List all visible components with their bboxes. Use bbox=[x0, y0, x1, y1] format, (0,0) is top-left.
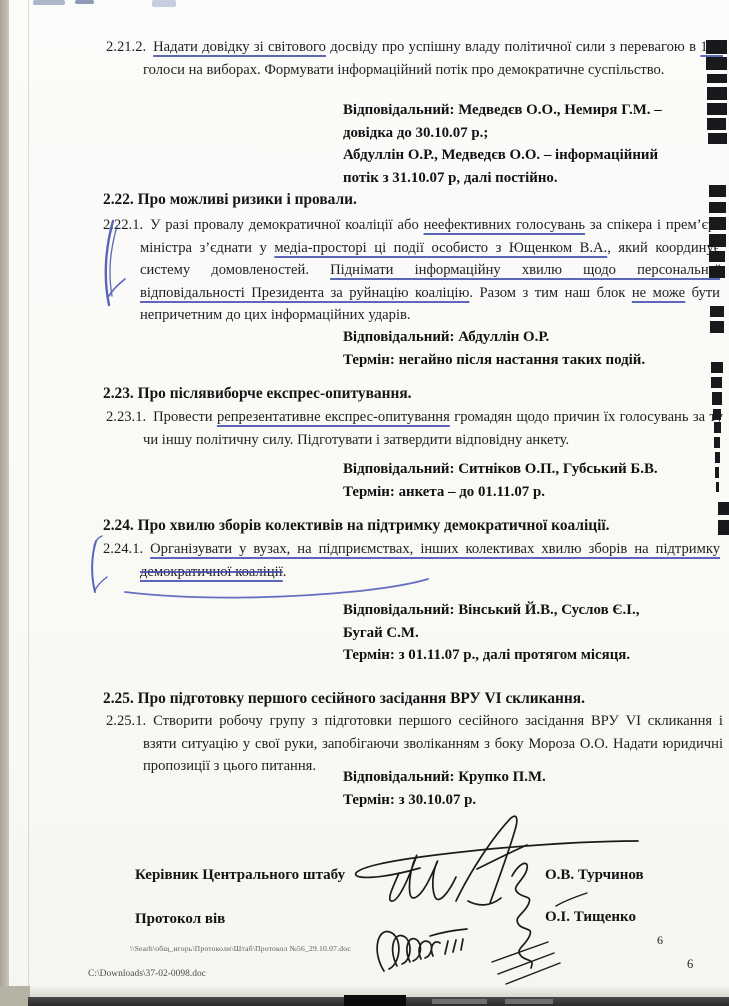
responsible-line: Бугай С.М. bbox=[343, 622, 688, 645]
scan-left-edge bbox=[0, 0, 9, 1006]
section-heading-2-23: 2.23. Про післявиборче експрес-опитуванн… bbox=[103, 384, 703, 404]
item-number: 2.22.1. bbox=[103, 217, 143, 233]
responsible-block-2-23-1: Відповідальний: Ситніков О.П., Губський … bbox=[343, 458, 688, 503]
responsible-block-2-25-1: Відповідальний: Крупко П.М. Термін: з 30… bbox=[343, 766, 688, 811]
bottom-scan-mark bbox=[432, 999, 487, 1004]
paragraph-text: медіа-просторі ці події особисто з Ющенк… bbox=[274, 240, 607, 256]
document-file-path: \\Searh\общ_игорь\Протоколи\Штаб\Протоко… bbox=[130, 944, 351, 953]
local-file-path: C:\Downloads\37-02-0098.doc bbox=[88, 969, 206, 979]
responsible-line: Термін: з 30.10.07 р. bbox=[343, 789, 688, 812]
responsible-line: Термін: анкета – до 01.11.07 р. bbox=[343, 481, 688, 504]
signatory-name-tyshchenko: О.І. Тищенко bbox=[545, 909, 636, 926]
item-number: 2.24.1. bbox=[103, 541, 143, 557]
paragraph-text: Організувати у вузах, на підприємствах, … bbox=[150, 541, 720, 557]
bottom-scan-blob bbox=[344, 995, 406, 1006]
paragraph-2-22-1: 2.22.1.У разі провалу демократичної коал… bbox=[103, 214, 720, 327]
paragraph-text: голоси на виборах. Формувати інформаційн… bbox=[143, 62, 664, 78]
page-number-inline: 6 bbox=[657, 933, 663, 948]
scanned-document-page: 2.21.2.Надати довідку зі світового досві… bbox=[0, 0, 729, 1006]
section-heading-2-22: 2.22. Про можливі ризики і провали. bbox=[103, 190, 703, 210]
signature-turchynov bbox=[356, 816, 638, 905]
page-left-seam bbox=[28, 0, 29, 1006]
paragraph-2-23-1: 2.23.1.Провести репрезентативне експрес-… bbox=[106, 406, 723, 451]
scan-smudge bbox=[75, 0, 94, 4]
responsible-block-2-21-2: Відповідальний: Медведєв О.О., Немиря Г.… bbox=[343, 99, 688, 189]
paragraph-text: Надати довідку зі світового bbox=[153, 39, 326, 55]
responsible-block-2-24-1: Відповідальний: Вінський Й.В., Суслов Є.… bbox=[343, 599, 688, 667]
paragraph-2-21-2: 2.21.2.Надати довідку зі світового досві… bbox=[106, 36, 723, 81]
page-number: 6 bbox=[687, 957, 693, 972]
responsible-line: Відповідальний: Крупко П.М. bbox=[343, 766, 688, 789]
responsible-line: Термін: з 01.11.07 р., далі протягом міс… bbox=[343, 644, 688, 667]
section-heading-2-25: 2.25. Про підготовку першого сесійного з… bbox=[103, 689, 703, 709]
signatory-role-protocol-keeper: Протокол вів bbox=[135, 911, 225, 928]
paragraph-text: неефективних голосувань bbox=[424, 217, 585, 233]
paragraph-text: . bbox=[283, 564, 287, 580]
responsible-line: Термін: негайно після настання таких под… bbox=[343, 349, 688, 372]
paragraph-text: Створити робочу групу з підготовки першо… bbox=[143, 713, 723, 774]
item-number: 2.21.2. bbox=[106, 39, 146, 55]
item-number: 2.23.1. bbox=[106, 409, 146, 425]
responsible-block-2-22-1: Відповідальний: Абдуллін О.Р. Термін: не… bbox=[343, 326, 688, 371]
paragraph-text: У разі провалу демократичної коаліції аб… bbox=[150, 217, 423, 233]
responsible-line: Абдуллін О.Р., Медведєв О.О. – інформаці… bbox=[343, 144, 688, 167]
paragraph-text: досвіду про успішну владу політичної сил… bbox=[326, 39, 700, 55]
item-number: 2.25.1. bbox=[106, 713, 146, 729]
signatory-name-turchynov: О.В. Турчинов bbox=[545, 867, 644, 884]
scan-smudge bbox=[33, 0, 65, 5]
responsible-line: Відповідальний: Медведєв О.О., Немиря Г.… bbox=[343, 99, 688, 122]
signatory-role-chief-of-staff: Керівник Центрального штабу bbox=[135, 867, 345, 884]
paragraph-text: не може bbox=[632, 285, 685, 301]
paragraph-text: Провести bbox=[153, 409, 217, 425]
paragraph-text: . Разом з тим наш блок bbox=[469, 285, 631, 301]
section-heading-2-24: 2.24. Про хвилю зборів колективів на під… bbox=[103, 516, 703, 536]
scan-bottom-corner bbox=[0, 986, 30, 1006]
paragraph-text: репрезентативне експрес-опитування bbox=[217, 409, 450, 425]
paragraph-text: 1÷2 bbox=[700, 39, 723, 55]
responsible-line: Відповідальний: Ситніков О.П., Губський … bbox=[343, 458, 688, 481]
responsible-line: Відповідальний: Вінський Й.В., Суслов Є.… bbox=[343, 599, 688, 622]
responsible-line: довідка до 30.10.07 р.; bbox=[343, 122, 688, 145]
paragraph-2-24-1: 2.24.1.Організувати у вузах, на підприєм… bbox=[103, 538, 720, 583]
scan-smudge bbox=[152, 0, 176, 7]
bottom-scan-mark bbox=[505, 999, 553, 1004]
responsible-line: Відповідальний: Абдуллін О.Р. bbox=[343, 326, 688, 349]
paragraph-text: демократичної коаліції bbox=[140, 564, 283, 580]
responsible-line: потік з 31.10.07 р, далі постійно. bbox=[343, 167, 688, 190]
